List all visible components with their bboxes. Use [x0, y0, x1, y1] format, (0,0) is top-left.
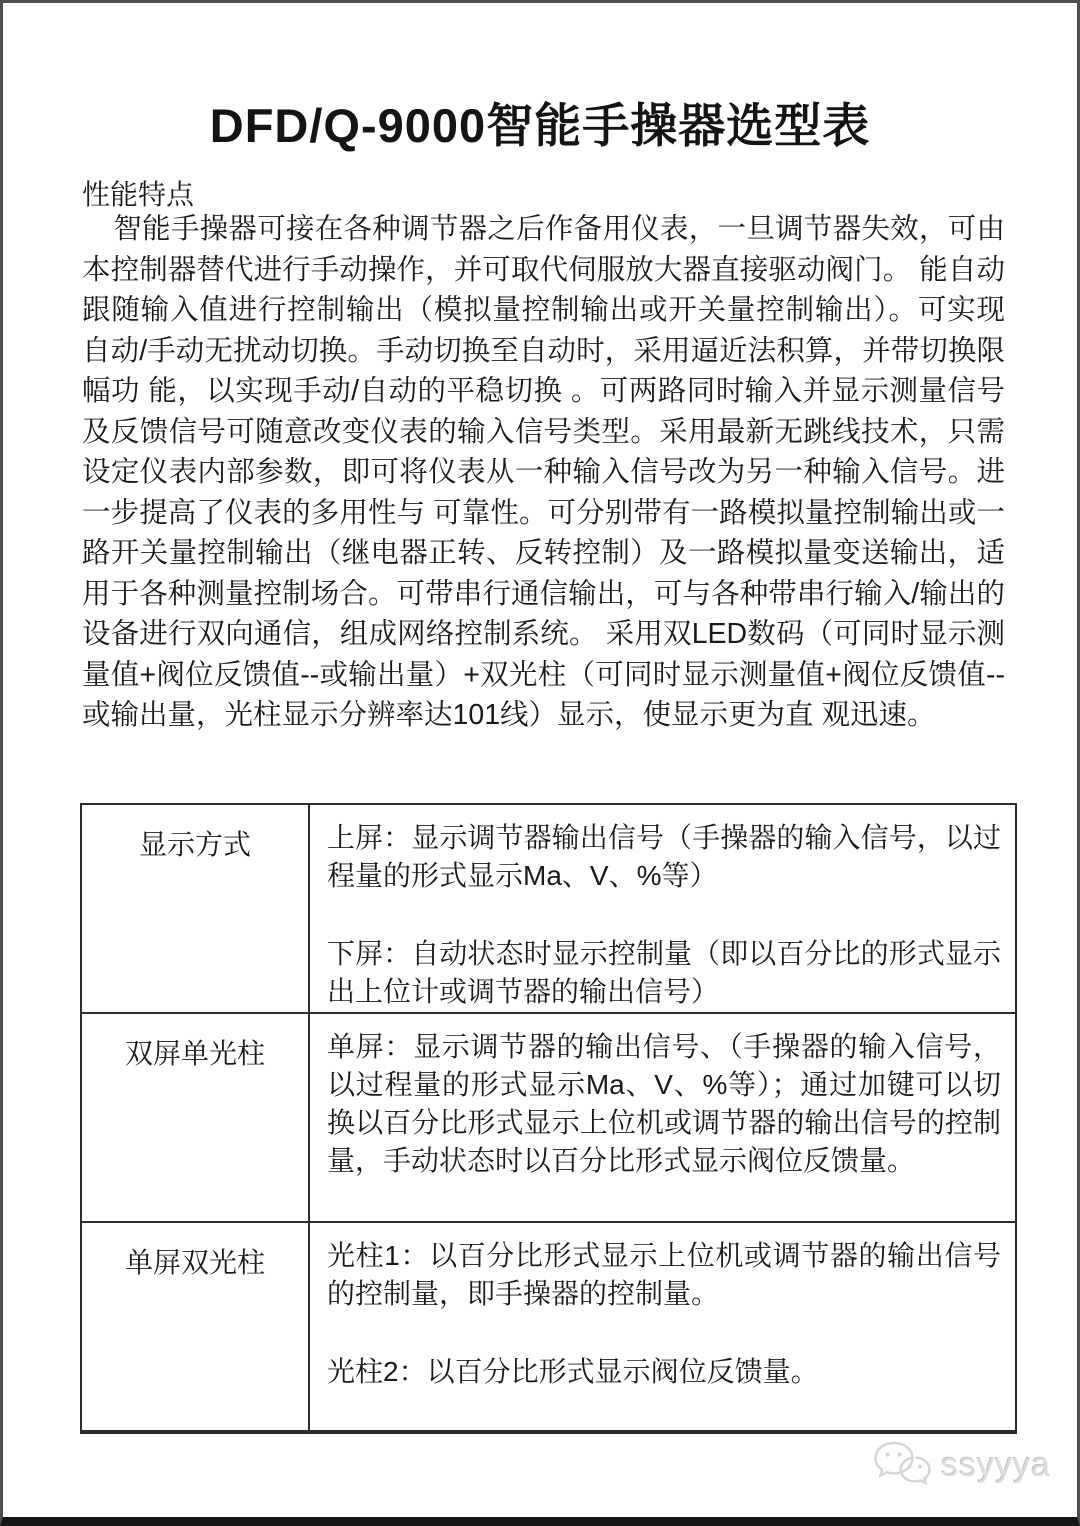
document-page: DFD/Q-9000智能手操器选型表 性能特点 智能手操器可接在各种调节器之后作… [0, 0, 1080, 1526]
table-row-content-single-screen-dual-bar: 光柱1：以百分比形式显示上位机或调节器的输出信号的控制量，即手操器的控制量。 光… [310, 1223, 1015, 1432]
watermark: ssyyya [871, 1439, 1051, 1491]
table-row-label-display-mode: 显示方式 [82, 805, 310, 1014]
table-cell-paragraph: 光柱2：以百分比形式显示阀位反馈量。 [327, 1353, 1001, 1391]
watermark-text: ssyyya [941, 1446, 1051, 1485]
table-cell-paragraph: 上屏：显示调节器输出信号（手操器的输入信号，以过程量的形式显示Ma、V、%等） [327, 819, 1001, 895]
display-mode-table: 显示方式 上屏：显示调节器输出信号（手操器的输入信号，以过程量的形式显示Ma、V… [80, 803, 1017, 1434]
table-row-label-single-screen-dual-bar: 单屏双光柱 [82, 1223, 310, 1432]
section-heading-performance-features: 性能特点 [82, 173, 194, 213]
table-row-content-dual-screen-single-bar: 单屏：显示调节器的输出信号、（手操器的输入信号，以过程量的形式显示Ma、V、%等… [310, 1014, 1015, 1223]
table-row-label-dual-screen-single-bar: 双屏单光柱 [82, 1014, 310, 1223]
intro-paragraph: 智能手操器可接在各种调节器之后作备用仪表，一旦调节器失效，可由本控制器替代进行手… [82, 209, 1005, 736]
page-title: DFD/Q-9000智能手操器选型表 [3, 89, 1077, 156]
table-cell-paragraph: 下屏：自动状态时显示控制量（即以百分比的形式显示出上位计或调节器的输出信号） [327, 935, 1001, 1011]
table-cell-paragraph: 光柱1：以百分比形式显示上位机或调节器的输出信号的控制量，即手操器的控制量。 [327, 1237, 1001, 1313]
table-cell-paragraph: 单屏：显示调节器的输出信号、（手操器的输入信号，以过程量的形式显示Ma、V、%等… [327, 1028, 1001, 1180]
table-row-content-display-mode: 上屏：显示调节器输出信号（手操器的输入信号，以过程量的形式显示Ma、V、%等） … [310, 805, 1015, 1014]
wechat-icon [871, 1439, 933, 1491]
